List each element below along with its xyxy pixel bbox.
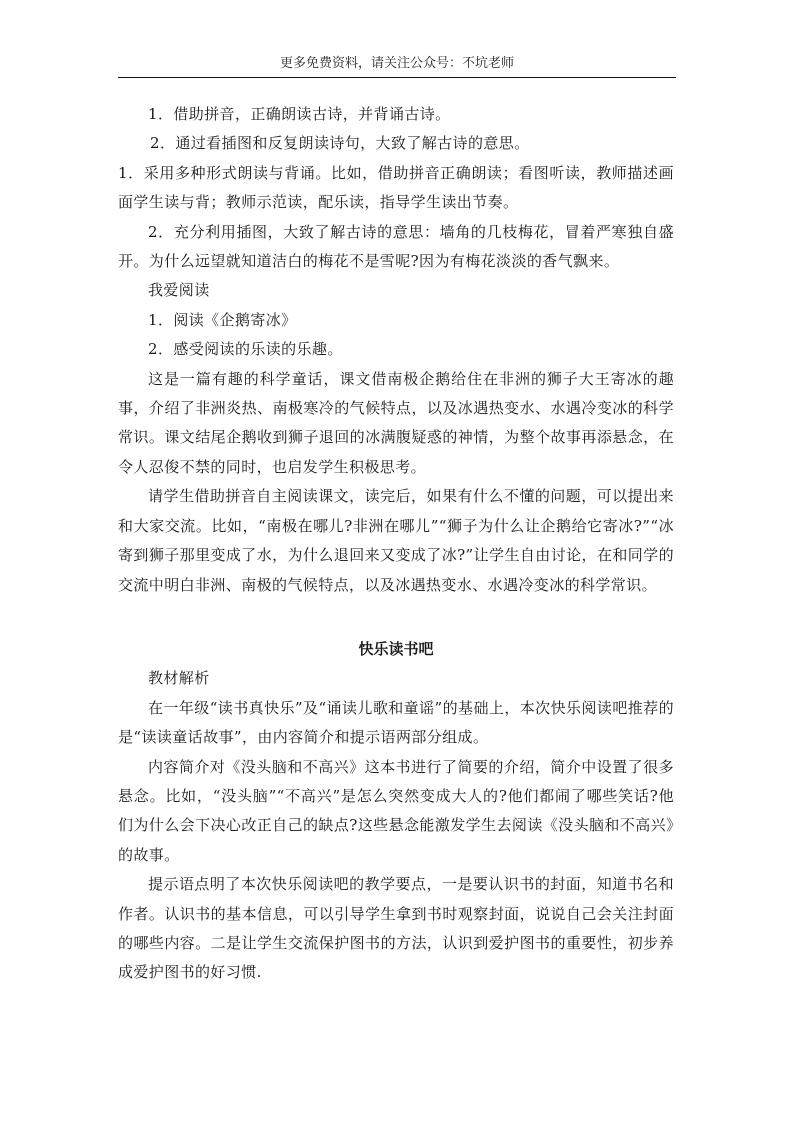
header-text: 更多免费资料，请关注公众号：不坑老师	[280, 56, 514, 71]
reading-item-2: 2．感受阅读的乐读的乐趣。	[118, 335, 674, 364]
page-header: 更多免费资料，请关注公众号：不坑老师	[118, 56, 676, 78]
document-body: 1．借助拼音，正确朗读古诗，并背诵古诗。 2．通过看插图和反复朗读诗句，大致了解…	[118, 100, 674, 988]
spacer	[118, 600, 674, 629]
goal-item-1: 1．借助拼音，正确朗读古诗，并背诵古诗。	[118, 100, 674, 129]
summary-paragraph: 内容简介对《没头脑和不高兴》这本书进行了简要的介绍，简介中设置了很多悬念。比如，…	[118, 753, 674, 871]
analysis-paragraph-1: 这是一篇有趣的科学童话，课文借南极企鹅给住在非洲的狮子大王寄冰的趣事，介绍了非洲…	[118, 365, 674, 483]
goal-item-2: 2．通过看插图和反复朗读诗句，大致了解古诗的意思。	[118, 129, 674, 158]
analysis-paragraph-2: 请学生借助拼音自主阅读课文，读完后，如果有什么不懂的问题，可以提出来和大家交流。…	[118, 482, 674, 600]
intro-paragraph: 在一年级“读书真快乐”及“诵读儿歌和童谣”的基础上，本次快乐阅读吧推荐的是“读读…	[118, 694, 674, 753]
material-analysis-heading: 教材解析	[118, 664, 674, 693]
method-item-1: 1．采用多种形式朗读与背诵。比如，借助拼音正确朗读；看图听读，教师描述画面学生读…	[118, 159, 674, 218]
reading-item-1: 1．阅读《企鹅寄冰》	[118, 306, 674, 335]
section-title: 快乐读书吧	[118, 635, 674, 664]
section-heading-reading: 我爱阅读	[118, 276, 674, 305]
method-item-2: 2．充分利用插图，大致了解古诗的意思：墙角的几枝梅花，冒着严寒独自盛开。为什么远…	[118, 218, 674, 277]
tips-paragraph: 提示语点明了本次快乐阅读吧的教学要点，一是要认识书的封面，知道书名和作者。认识书…	[118, 870, 674, 988]
